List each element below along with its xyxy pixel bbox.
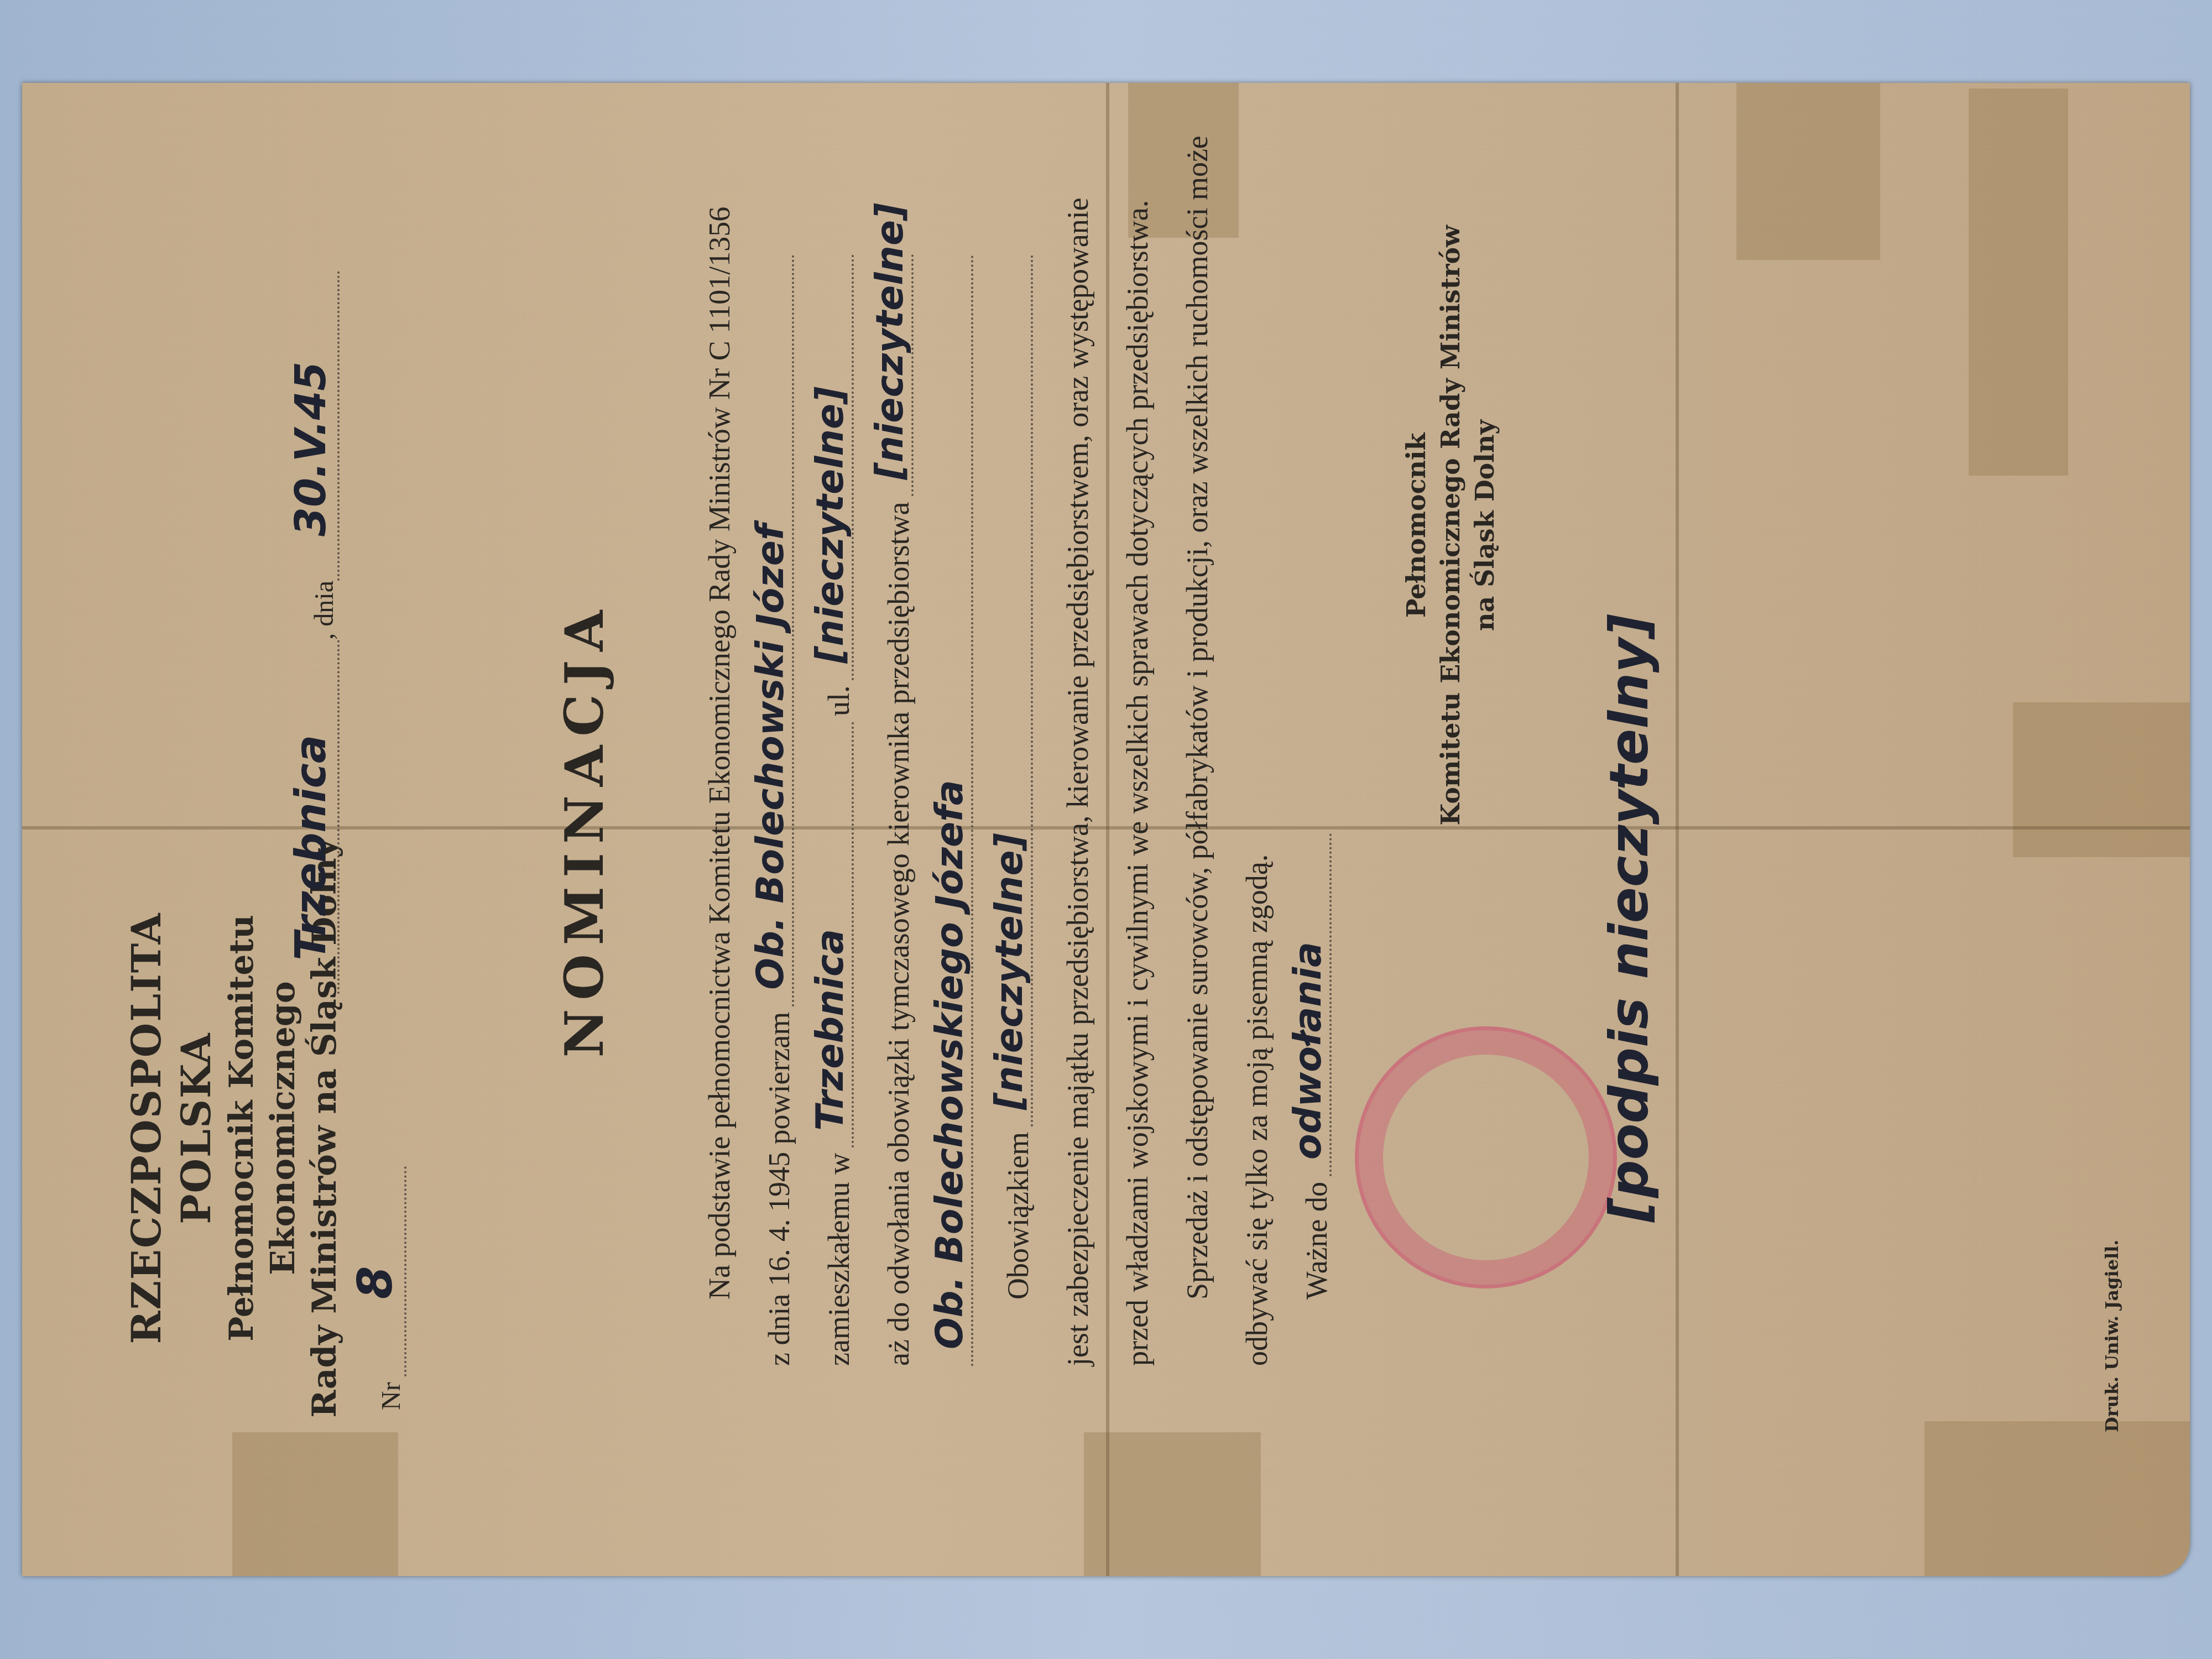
body-line: odbywać się tylko za moją pisemną zgodą. — [1212, 249, 1272, 1366]
body-text: jest zabezpieczenie majątku przedsiębior… — [1063, 197, 1093, 1366]
residence-value: Trzebnica — [812, 929, 849, 1131]
country-name: RZECZPOSPOLITA POLSKA — [122, 824, 221, 1432]
street-value: [nieczytelne] — [812, 387, 849, 664]
place-field: Trzebnica — [299, 640, 340, 994]
signatory-region: na Śląsk Dolny — [1468, 194, 1502, 857]
body-text: Sprzedaż i odstępowanie surowców, półfab… — [1182, 135, 1212, 1300]
enterprise-value: [nieczytelne] — [872, 203, 909, 480]
body-line: z dnia 16. 4. 1945 powierzam Ob. Bolecho… — [734, 249, 794, 1366]
duty-value: [nieczytelne] — [991, 833, 1029, 1110]
enterprise-value-continued: Ob. Bolechowskiego Józefa — [931, 780, 969, 1349]
date-field: 30.V.45 — [299, 271, 340, 581]
body-text: z dnia 16. 4. 1945 powierzam — [764, 1012, 794, 1366]
number-label: Nr — [376, 1382, 406, 1410]
number-value: 8 — [348, 1266, 403, 1300]
tape-strip — [232, 1432, 398, 1576]
tape-strip — [1084, 1432, 1261, 1576]
validity-label: Ważne do — [1302, 1182, 1332, 1300]
printer-imprint: Druk. Uniw. Jagiell. — [2101, 1240, 2122, 1432]
place-value: Trzebnica — [286, 735, 335, 961]
validity-field: odwołania — [1300, 833, 1332, 1176]
appointee-field: Ob. Bolechowski Józef — [762, 254, 794, 1006]
document-number: Nr 8 — [376, 1166, 406, 1410]
residence-field: Trzebnica — [822, 722, 854, 1147]
body-line: zamieszkałemu w Trzebnica ul. [nieczytel… — [794, 249, 854, 1366]
official-stamp — [1355, 1026, 1617, 1288]
body-text: Obowiązkiem — [1003, 1132, 1033, 1300]
tape-strip — [1969, 88, 2068, 476]
signatory-block: Pełnomocnik Komitetu Ekonomicznego Rady … — [1399, 194, 1502, 857]
signatory-office: Komitetu Ekonomicznego Rady Ministrów — [1433, 194, 1468, 857]
body-line: przed władzami wojskowymi i cywilnymi we… — [1093, 249, 1152, 1366]
fold-line — [1676, 83, 1679, 1576]
body-text: przed władzami wojskowymi i cywilnymi we… — [1123, 200, 1152, 1366]
signatory-title: Pełnomocnik — [1399, 194, 1433, 857]
body-line: Obowiązkiem [nieczytelne] — [973, 249, 1033, 1366]
appointee-name: Ob. Bolechowski Józef — [752, 524, 790, 989]
body-text: zamieszkałemu w — [824, 1153, 854, 1366]
body-line: Na podstawie pełnomocnictwa Komitetu Eko… — [675, 249, 734, 1366]
duty-field: [nieczytelne] — [1001, 254, 1033, 1126]
body-line: aż do odwołania obowiązki tymczasowego k… — [854, 249, 914, 1366]
street-field: [nieczytelne] — [822, 254, 854, 680]
tape-strip — [1924, 1421, 2190, 1576]
date-value: 30.V.45 — [286, 362, 335, 536]
enterprise-field: [nieczytelne] — [881, 254, 914, 497]
body-line: jest zabezpieczenie majątku przedsiębior… — [1033, 249, 1093, 1366]
body-text: aż do odwołania obowiązki tymczasowego k… — [884, 502, 914, 1366]
body-text: Na podstawie pełnomocnictwa Komitetu Eko… — [705, 207, 734, 1300]
body-text: odbywać się tylko za moją pisemną zgodą. — [1242, 854, 1272, 1366]
handwritten-signature: [podpis nieczytelny] — [1598, 227, 1660, 1222]
document-title: NOMINACJA — [553, 83, 615, 1576]
date-label: , dnia — [309, 581, 340, 640]
body-line: Sprzedaż i odstępowanie surowców, półfab… — [1152, 249, 1212, 1366]
enterprise-field-continued: Ob. Bolechowskiego Józefa — [941, 254, 973, 1366]
body-line: Ob. Bolechowskiego Józefa — [914, 249, 973, 1366]
street-label: ul. — [824, 686, 854, 717]
nomination-document: RZECZPOSPOLITA POLSKA Pełnomocnik Komite… — [22, 83, 2190, 1576]
validity-line: Ważne do odwołania — [1272, 249, 1332, 1366]
tape-strip — [2013, 702, 2190, 857]
number-field: 8 — [382, 1166, 406, 1376]
document-body: Na podstawie pełnomocnictwa Komitetu Eko… — [675, 249, 1332, 1366]
tape-strip — [1736, 83, 1880, 260]
validity-value: odwołania — [1290, 942, 1327, 1160]
place-and-date: Trzebnica , dnia 30.V.45 — [299, 271, 340, 994]
